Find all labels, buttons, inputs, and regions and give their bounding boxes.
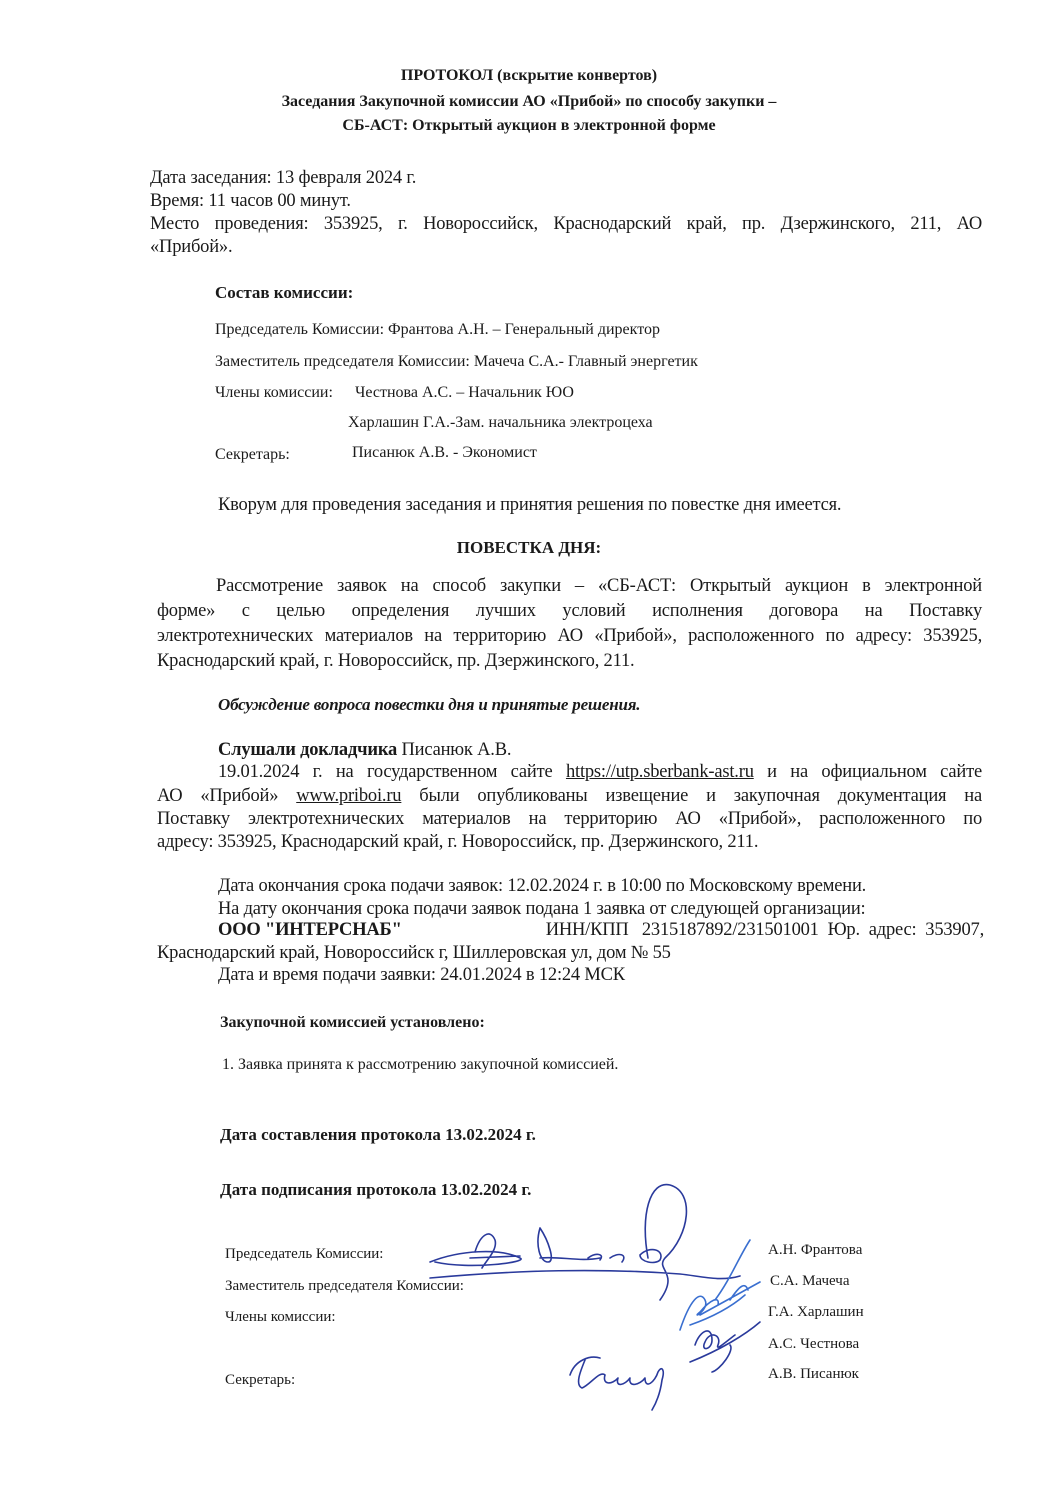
sign-name-deputy: С.А. Мачеча <box>770 1273 850 1290</box>
commission-secretary-label: Секретарь: <box>215 446 290 464</box>
sberbank-ast-link[interactable]: https://utp.sberbank-ast.ru <box>566 762 754 782</box>
discussion-heading: Обсуждение вопроса повестки дня и принят… <box>218 695 640 715</box>
document-title: ПРОТОКОЛ (вскрытие конвертов) <box>0 67 1058 85</box>
decision-heading: Закупочной комиссией установлено: <box>220 1014 485 1032</box>
sign-name-member-1: Г.А. Харлашин <box>768 1304 864 1321</box>
decision-item-1: 1. Заявка принята к рассмотрению закупоч… <box>222 1056 618 1074</box>
bidder-name: ООО "ИНТЕРСНАБ" <box>218 920 402 941</box>
agenda-line-2: форме» с целью определения лучших услови… <box>157 601 982 622</box>
bidder-address: Краснодарский край, Новороссийск г, Шилл… <box>157 943 671 964</box>
discussion-para-line-4: адресу: 353925, Краснодарский край, г. Н… <box>157 832 758 853</box>
meeting-place-cont: «Прибой». <box>150 237 232 258</box>
agenda-line-1: Рассмотрение заявок на способ закупки – … <box>216 576 982 597</box>
speaker-name: Писанюк А.В. <box>397 740 511 760</box>
speaker-label: Слушали докладчика <box>218 740 397 760</box>
submission-deadline: Дата окончания срока подачи заявок: 12.0… <box>218 876 866 897</box>
submission-count: На дату окончания срока подачи заявок по… <box>218 899 865 920</box>
commission-member-1: Честнова А.С. – Начальник ЮО <box>355 384 574 402</box>
deputy-signature-icon <box>680 1240 760 1330</box>
sign-deputy-label: Заместитель председателя Комиссии: <box>225 1278 464 1295</box>
secretary-signature-icon <box>570 1357 663 1410</box>
agenda-heading: ПОВЕСТКА ДНЯ: <box>0 538 1058 558</box>
commission-secretary: Писанюк А.В. - Экономист <box>352 444 537 462</box>
chair-signature-icon <box>430 1185 740 1300</box>
sign-name-member-2: А.С. Честнова <box>768 1336 859 1353</box>
sign-secretary-label: Секретарь: <box>225 1372 295 1389</box>
document-subtitle-line2: СБ-АСТ: Открытый аукцион в электронной ф… <box>0 117 1058 135</box>
sign-name-chair: А.Н. Франтова <box>768 1242 862 1259</box>
meeting-place: Место проведения: 353925, г. Новороссийс… <box>150 214 982 235</box>
submission-datetime: Дата и время подачи заявки: 24.01.2024 в… <box>218 965 625 986</box>
bidder-details: ИНН/КПП 2315187892/231501001 Юр. адрес: … <box>546 920 984 941</box>
document-subtitle-line1: Заседания Закупочной комиссии АО «Прибой… <box>0 93 1058 111</box>
quorum-statement: Кворум для проведения заседания и принят… <box>218 495 841 516</box>
commission-deputy: Заместитель председателя Комиссии: Мачеч… <box>215 353 698 371</box>
discussion-para-line-1: 19.01.2024 г. на государственном сайте h… <box>218 762 982 783</box>
agenda-line-3: электротехнических материалов на террито… <box>157 626 982 647</box>
agenda-line-4: Краснодарский край, г. Новороссийск, пр.… <box>157 651 634 672</box>
signed-date: Дата подписания протокола 13.02.2024 г. <box>220 1180 531 1200</box>
discussion-para-line-3: Поставку электротехнических материалов н… <box>157 809 982 830</box>
sign-chair-label: Председатель Комиссии: <box>225 1246 383 1263</box>
compiled-date: Дата составления протокола 13.02.2024 г. <box>220 1125 536 1145</box>
sign-name-secretary: А.В. Писанюк <box>768 1366 859 1383</box>
sign-members-label: Члены комиссии: <box>225 1309 336 1326</box>
member-signature-icon <box>690 1322 760 1372</box>
priboi-site-link[interactable]: www.priboi.ru <box>296 786 401 806</box>
commission-chair: Председатель Комиссии: Франтова А.Н. – Г… <box>215 321 660 339</box>
commission-members-label: Члены комиссии: <box>215 384 333 402</box>
commission-member-2: Харлашин Г.А.-Зам. начальника электроцех… <box>348 414 653 432</box>
speaker-line: Слушали докладчика Писанюк А.В. <box>218 740 511 761</box>
bidder-line: ООО "ИНТЕРСНАБ" ИНН/КПП 2315187892/23150… <box>218 920 984 941</box>
discussion-para-line-2: АО «Прибой» www.priboi.ru были опубликов… <box>157 786 982 807</box>
meeting-date: Дата заседания: 13 февраля 2024 г. <box>150 168 416 189</box>
commission-heading: Состав комиссии: <box>215 283 353 303</box>
meeting-time: Время: 11 часов 00 минут. <box>150 191 351 212</box>
